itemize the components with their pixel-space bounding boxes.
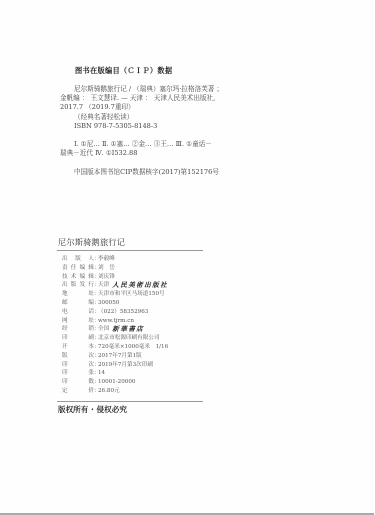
cip-line: 2017.7 （2019.7重印） xyxy=(60,103,320,112)
imprint-row-editor: 责任编辑：刘 岳 xyxy=(62,264,262,273)
imprint-row-sheets: 印 张：14 xyxy=(62,369,262,378)
cip-record-number: 中国版本图书馆CIP数据核字(2017)第152176号 xyxy=(60,168,320,177)
cip-classification: 瑞典－近代 Ⅳ. ①I532.88 xyxy=(60,149,320,158)
cip-series: （经典名著轻松读） xyxy=(60,113,320,122)
copyright-notice: 版权所有 · 侵权必究 xyxy=(58,404,127,415)
imprint-row-printing: 印 次：2019年7月第3次印刷 xyxy=(62,361,262,370)
divider xyxy=(57,401,203,402)
imprint-row-printer: 印 刷：北京市松源印刷有限公司 xyxy=(62,334,262,343)
imprint-row-distribution: 出版发行：天津人民美術出版社 xyxy=(62,281,262,290)
cip-isbn: ISBN 978-7-5305-8148-3 xyxy=(60,122,320,131)
imprint-row-format: 开 本：720毫米×1000毫米 1/16 xyxy=(62,343,262,352)
imprint-row-tech-editor: 技术编辑：刘庆锋 xyxy=(62,273,262,282)
imprint-block: 出 版 人：李毅峰 责任编辑：刘 岳 技术编辑：刘庆锋 出版发行：天津人民美術出… xyxy=(62,255,262,396)
cip-line: 尼尔斯骑鹅旅行记 / （瑞典）塞尔玛·拉格洛芙著 ； xyxy=(60,85,320,94)
imprint-row-phone: 电 话：（022）58352963 xyxy=(62,308,262,317)
imprint-row-price: 定 价：26.80元 xyxy=(62,387,262,396)
imprint-row-address: 地 址：天津市和平区马场道150号 xyxy=(62,290,262,299)
imprint-row-edition: 版 次：2017年7月第1版 xyxy=(62,352,262,361)
book-title: 尼尔斯骑鹅旅行记 xyxy=(58,237,125,248)
imprint-row-distributor: 经 销：全国新華書店 xyxy=(62,325,262,334)
imprint-row-publisher: 出 版 人：李毅峰 xyxy=(62,255,262,264)
publisher-logo: 人民美術出版社 xyxy=(112,281,168,290)
cip-data-block: 尼尔斯骑鹅旅行记 / （瑞典）塞尔玛·拉格洛芙著 ； 金帆编 ： 王文慧译. —… xyxy=(60,85,320,177)
imprint-row-print-run: 印 数：10001-20000 xyxy=(62,378,262,387)
cip-heading: 图书在版编目（ＣＩＰ）数据 xyxy=(75,66,172,76)
imprint-row-website: 网 址：www.tjrm.cn xyxy=(62,317,262,326)
imprint-row-postcode: 邮 编：300050 xyxy=(62,299,262,308)
xinhua-logo: 新華書店 xyxy=(112,325,144,334)
divider xyxy=(57,250,203,251)
